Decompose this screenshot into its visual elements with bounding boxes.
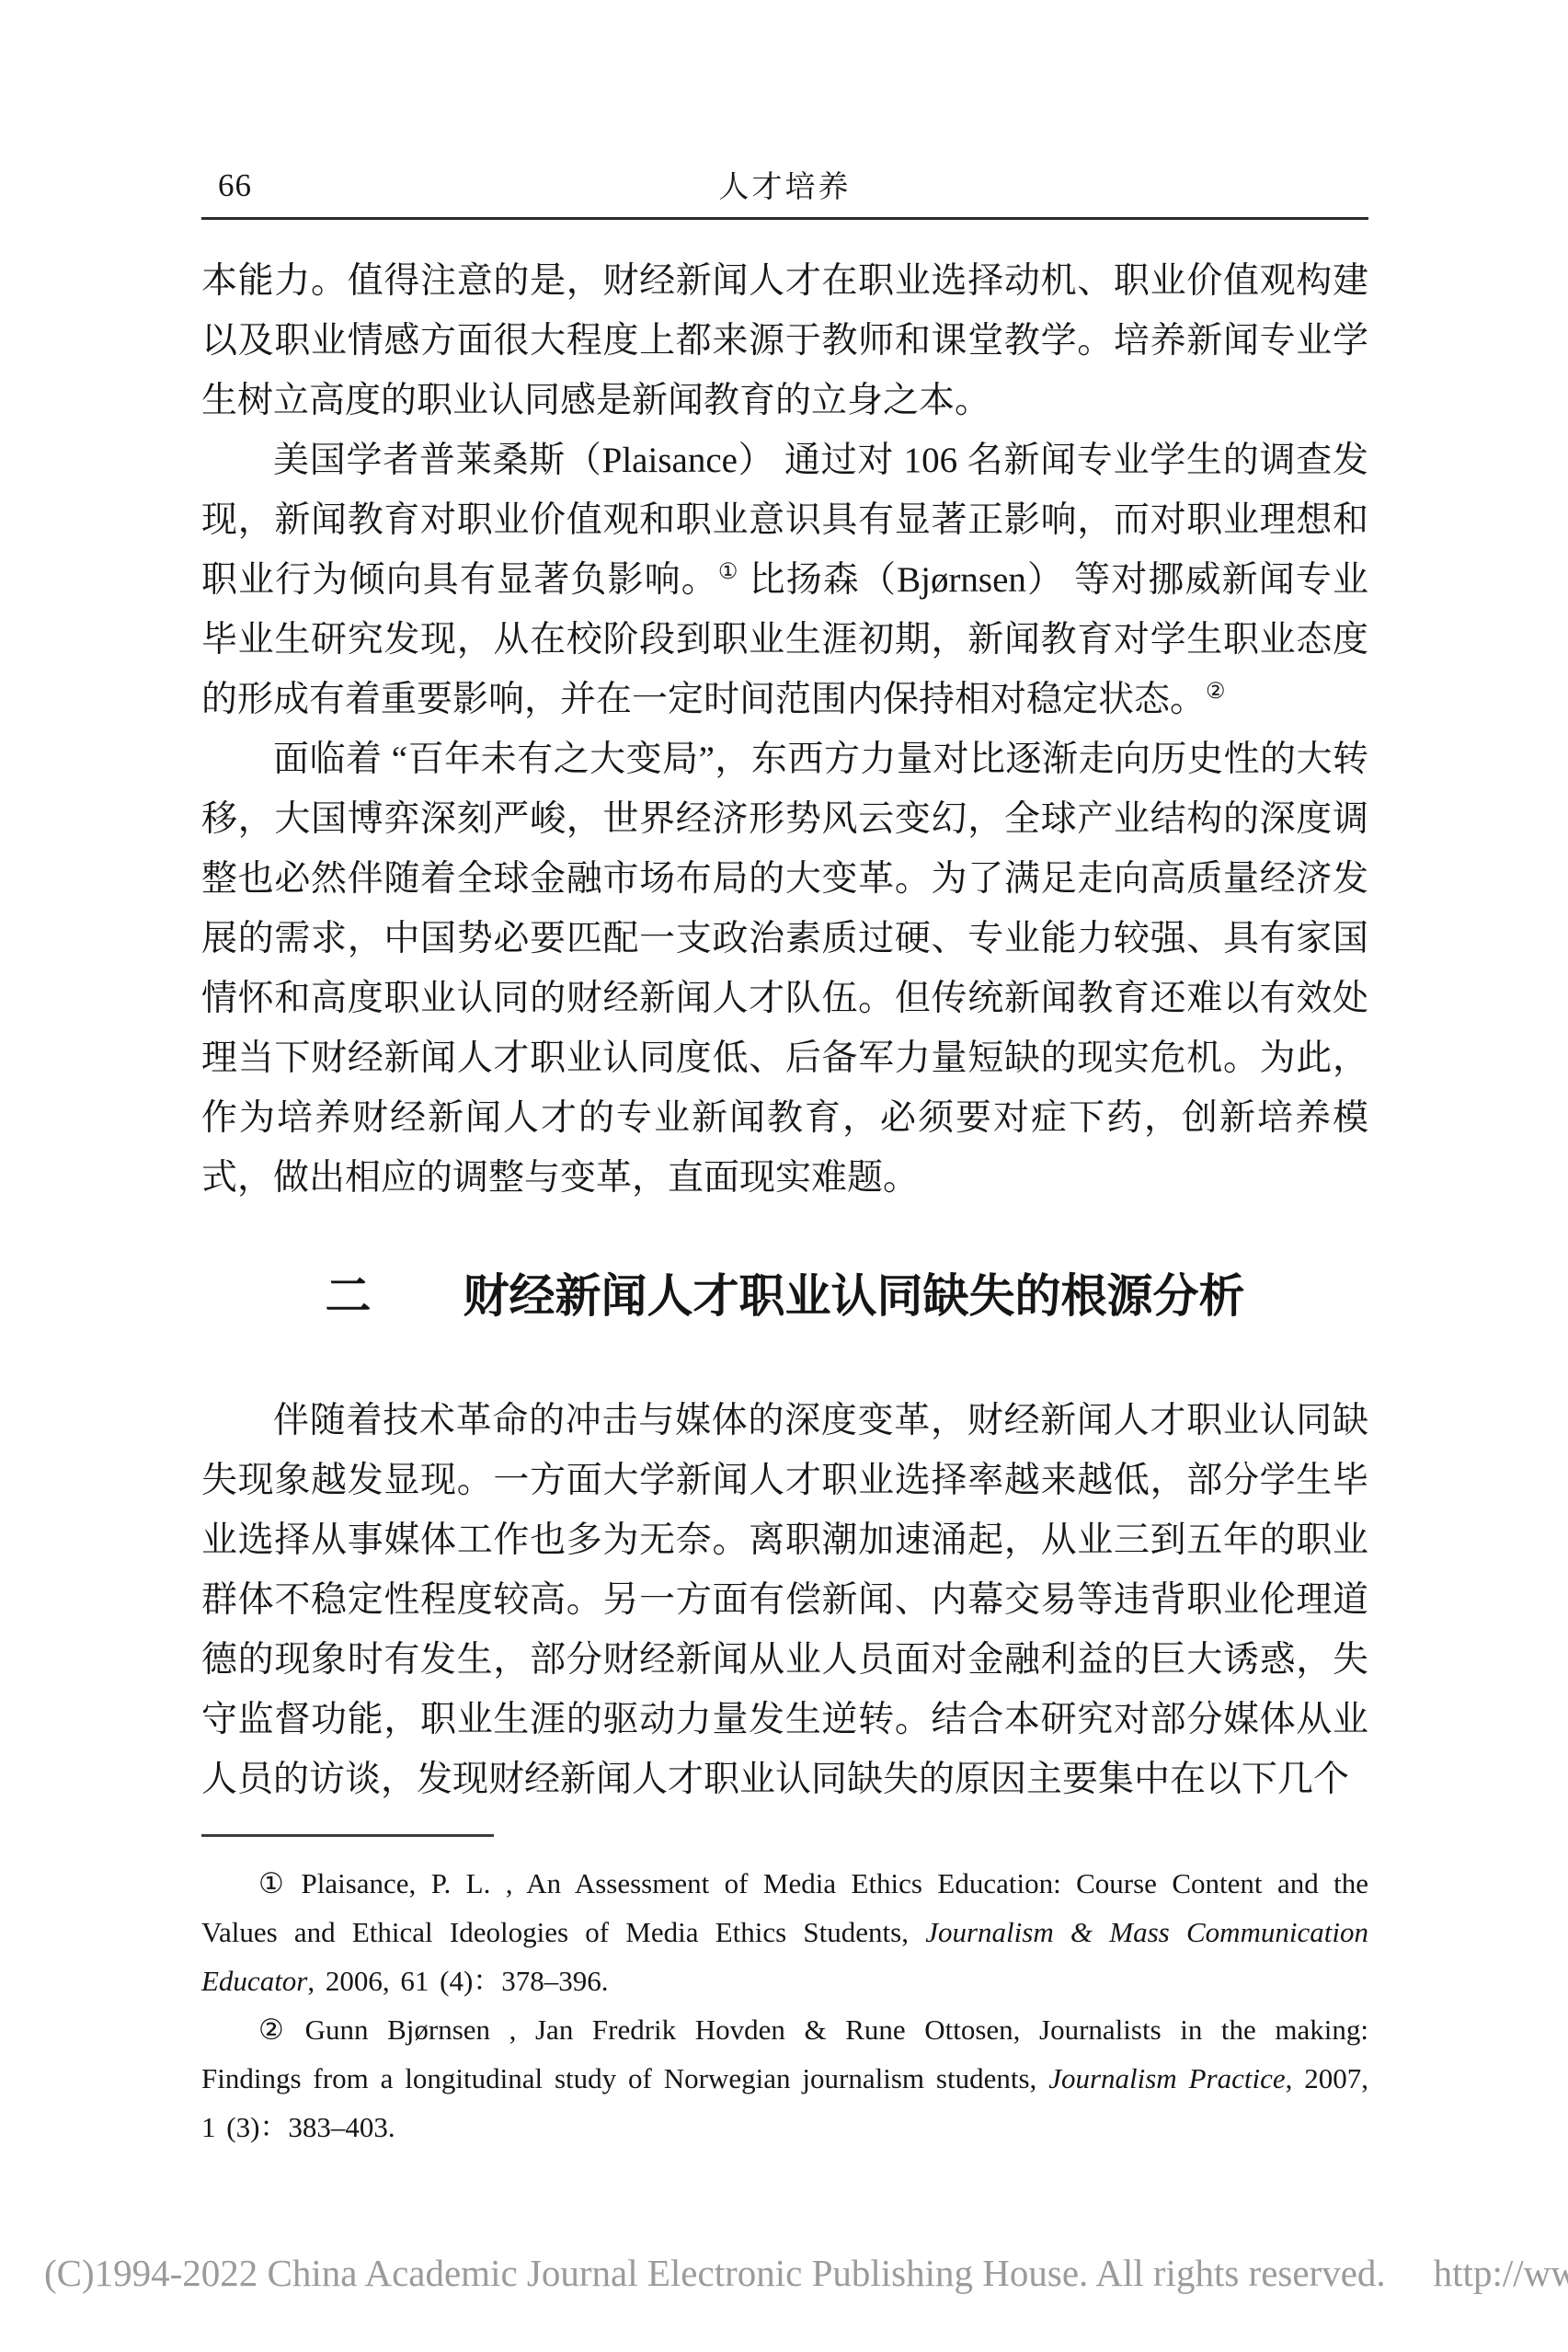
- running-title: 人才培养: [201, 169, 1368, 206]
- section-heading: 二 财经新闻人才职业认同缺失的根源分析: [201, 1263, 1368, 1329]
- paragraph-change: 面临着 “百年未有之大变局”，东西方力量对比逐渐走向历史性的大转移，大国博弈深刻…: [201, 729, 1368, 1208]
- footnote-1: ①Plaisance, P. L. , An Assessment of Med…: [201, 1859, 1368, 2005]
- copyright-watermark: (C)1994-2022 China Academic Journal Elec…: [44, 2251, 1568, 2306]
- footnote-2-journal: Journalism Practice: [1048, 2062, 1285, 2094]
- paragraph-analysis: 伴随着技术革命的冲击与媒体的深度变革，财经新闻人才职业认同缺失现象越发显现。一方…: [201, 1391, 1368, 1809]
- copyright-url: http://www.: [1434, 2252, 1568, 2294]
- header-rule: [201, 217, 1368, 220]
- paragraph-plaisance: 美国学者普莱桑斯（Plaisance） 通过对 106 名新闻专业学生的调查发现…: [201, 430, 1368, 729]
- footnote-ref-1: ①: [718, 559, 739, 584]
- footnote-1-marker: ①: [258, 1867, 288, 1899]
- running-header: 66 人才培养: [201, 167, 1368, 208]
- footnote-rule: [201, 1834, 494, 1837]
- document-page: 66 人才培养 本能力。值得注意的是，财经新闻人才在职业选择动机、职业价值观构建…: [0, 0, 1568, 2352]
- footnote-1-tail: , 2006, 61 (4)：378–396.: [307, 1965, 608, 1997]
- footnotes: ①Plaisance, P. L. , An Assessment of Med…: [201, 1859, 1368, 2151]
- copyright-text: (C)1994-2022 China Academic Journal Elec…: [44, 2252, 1386, 2294]
- footnote-2: ②Gunn Bjørnsen , Jan Fredrik Hovden & Ru…: [201, 2005, 1368, 2151]
- body-text: 本能力。值得注意的是，财经新闻人才在职业选择动机、职业价值观构建以及职业情感方面…: [201, 251, 1368, 2151]
- paragraph-continuation: 本能力。值得注意的是，财经新闻人才在职业选择动机、职业价值观构建以及职业情感方面…: [201, 251, 1368, 430]
- footnote-2-marker: ②: [258, 2014, 292, 2046]
- footnote-ref-2: ②: [1206, 679, 1226, 704]
